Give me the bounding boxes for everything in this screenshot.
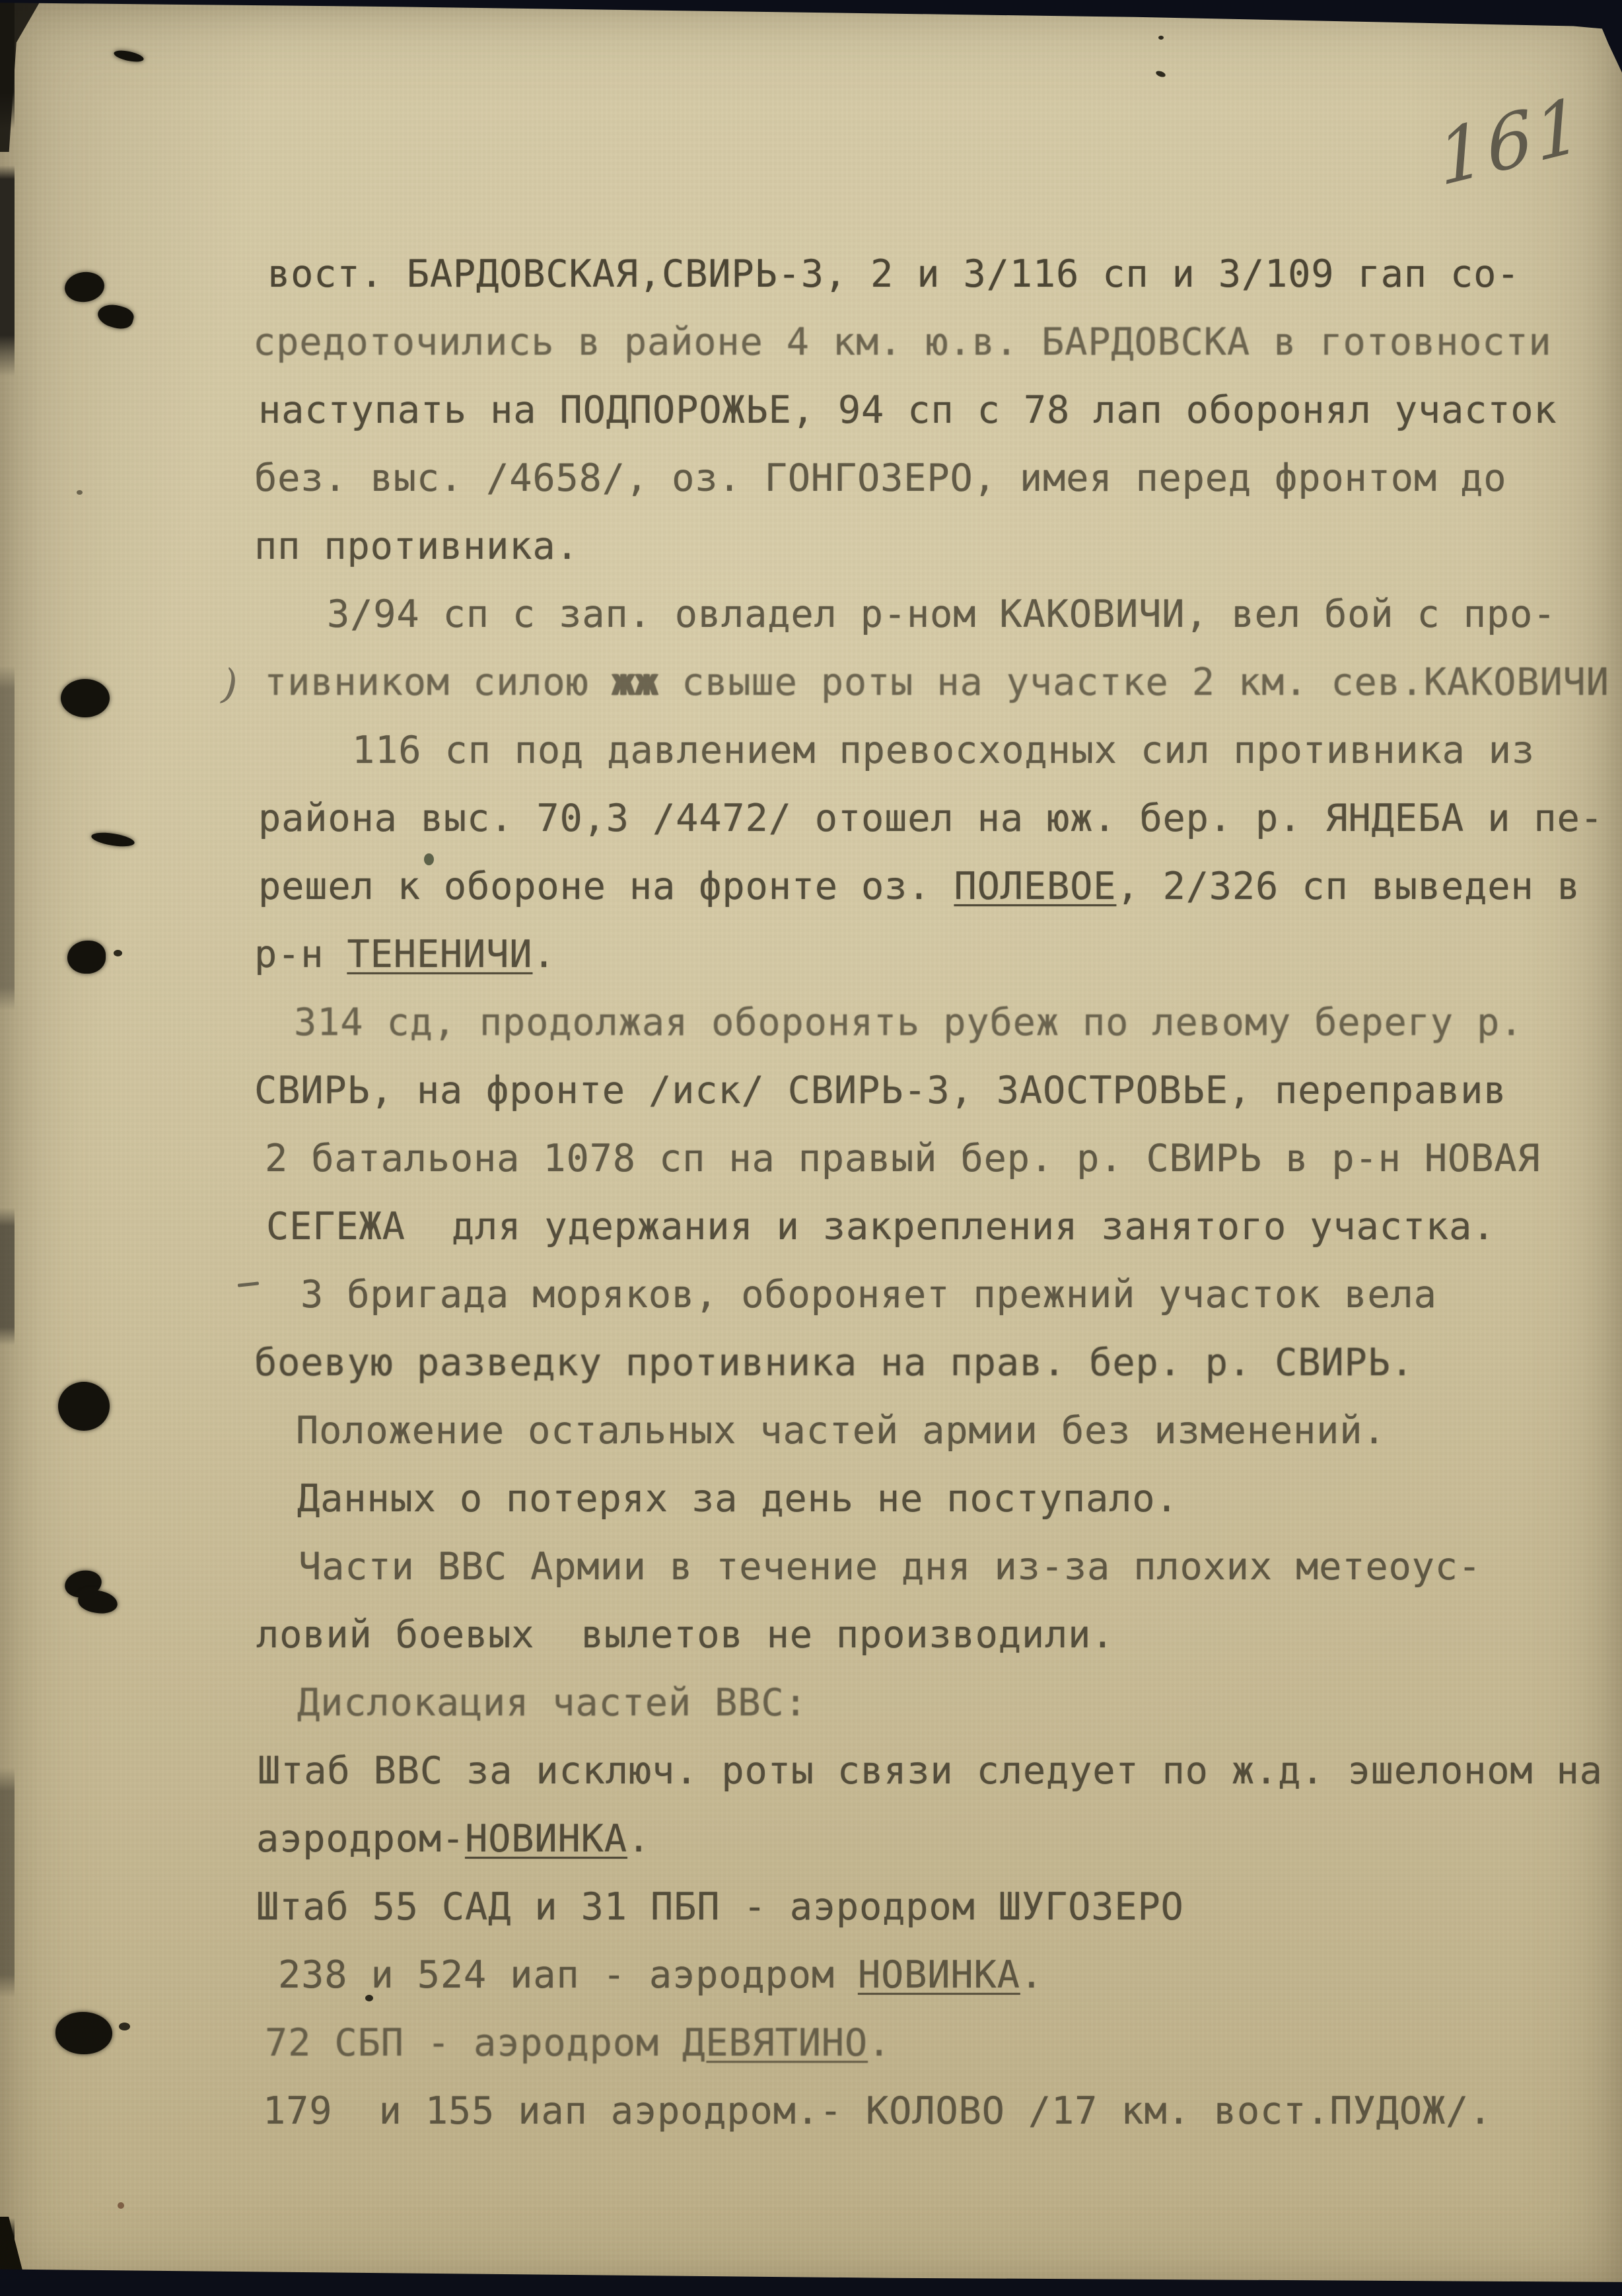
text-line: Данных о потерях за день не поступало. — [254, 1465, 1596, 1533]
ink-speck — [119, 2023, 130, 2030]
text-line: наступать на ПОДПОРОЖЬЕ, 94 сп с 78 лап … — [256, 377, 1598, 445]
punch-hole — [61, 679, 110, 717]
text-line: 116 сп под давлением превосходных сил пр… — [254, 717, 1596, 785]
punch-hole — [55, 2012, 112, 2054]
text-line: 3 бригада моряков, обороняет прежний уча… — [254, 1261, 1596, 1329]
scanned-document-page: вост. БАРДОВСКАЯ,СВИРЬ-3, 2 и 3/116 сп и… — [0, 0, 1622, 2296]
text-line: района выс. 70,3 /4472/ отошел на юж. бе… — [256, 785, 1598, 853]
text-line: 238 и 524 иап - аэродром НОВИНКА. — [253, 1941, 1594, 2009]
ink-stain — [424, 853, 434, 865]
text-line: решел к обороне на фронте оз. ПОЛЕВОЕ, 2… — [253, 853, 1594, 921]
ink-speck — [114, 950, 122, 956]
text-line: Положение остальных частей армии без изм… — [253, 1397, 1594, 1465]
ink-speck — [365, 1995, 373, 2001]
text-line: вост. БАРДОВСКАЯ,СВИРЬ-3, 2 и 3/116 сп и… — [254, 240, 1596, 308]
punch-hole — [67, 941, 106, 974]
text-line: 72 СБП - аэродром ДЕВЯТИНО. — [256, 2009, 1598, 2077]
text-line: аэродром-НОВИНКА. — [256, 1805, 1598, 1873]
text-lines: вост. БАРДОВСКАЯ,СВИРЬ-3, 2 и 3/116 сп и… — [254, 240, 1596, 2145]
ink-speck — [77, 490, 83, 495]
text-line: без. выс. /4658/, оз. ГОНГОЗЕРО, имея пе… — [254, 445, 1596, 513]
text-line: 3/94 сп с зап. овладел р-ном КАКОВИЧИ, в… — [253, 581, 1594, 649]
text-line: Штаб 55 САД и 31 ПБП - аэродром ШУГОЗЕРО — [254, 1873, 1596, 1941]
text-line: Штаб ВВС за исключ. роты связи следует п… — [254, 1737, 1596, 1805]
ink-speck — [1158, 36, 1164, 40]
torn-left-edge — [0, 0, 15, 2296]
text-line: боевую разведку противника на прав. бер.… — [254, 1329, 1596, 1397]
paper-stain — [118, 2202, 124, 2209]
text-line: СЕГЕЖА для удержания и закрепления занят… — [256, 1193, 1598, 1261]
text-line: средоточились в районе 4 км. ю.в. БАРДОВ… — [253, 308, 1594, 377]
text-line: Дислокация частей ВВС: — [253, 1669, 1594, 1737]
text-line: Части ВВС Армии в течение дня из-за плох… — [254, 1533, 1596, 1601]
text-line: 314 сд, продолжая оборонять рубеж по лев… — [256, 989, 1598, 1057]
text-line: ловий боевых вылетов не производили. — [256, 1601, 1598, 1669]
text-line: 2 батальона 1078 сп на правый бер. р. СВ… — [253, 1125, 1594, 1193]
text-line: СВИРЬ, на фронте /иск/ СВИРЬ-3, ЗАОСТРОВ… — [254, 1057, 1596, 1125]
punch-hole — [58, 1382, 110, 1431]
text-line: тивником силою жж свыше роты на участке … — [254, 649, 1596, 717]
text-line: р-н ТЕНЕНИЧИ. — [254, 921, 1596, 989]
text-line: 179 и 155 иап аэродром.- КОЛОВО /17 км. … — [254, 2077, 1596, 2145]
text-line: пп противника. — [254, 513, 1596, 581]
